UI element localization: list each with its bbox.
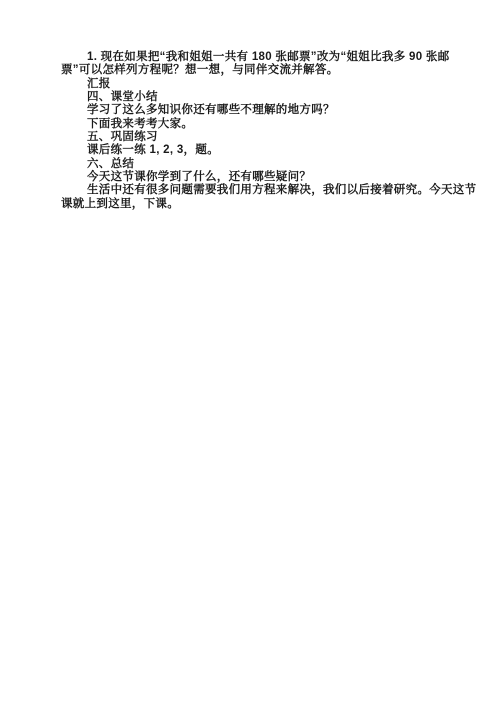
text-line: 学习了这么多知识你还有哪些不理解的地方吗？ <box>61 104 443 117</box>
text-line: 今天这节课你学到了什么，还有哪些疑问？ <box>61 171 443 184</box>
text-line: 五、巩固练习 <box>61 131 443 144</box>
text-line: 四、课堂小结 <box>61 91 443 104</box>
text-line: 生活中还有很多问题需要我们用方程来解决，我们以后接着研究。今天这节 <box>61 184 443 197</box>
text-line: 课后练一练 1, 2, 3，题。 <box>61 144 443 157</box>
text-line: 下面我来考考大家。 <box>61 118 443 131</box>
text-line: 六、总结 <box>61 158 443 171</box>
document-text: 1. 现在如果把“我和姐姐一共有 180 张邮票”改为“姐姐比我多 90 张邮票… <box>61 51 443 211</box>
text-line: 课就上到这里，下课。 <box>61 198 443 211</box>
document-page: 1. 现在如果把“我和姐姐一共有 180 张邮票”改为“姐姐比我多 90 张邮票… <box>0 0 500 707</box>
text-line: 票”可以怎样列方程呢？想一想，与同伴交流并解答。 <box>61 64 443 77</box>
text-line: 1. 现在如果把“我和姐姐一共有 180 张邮票”改为“姐姐比我多 90 张邮 <box>61 51 443 64</box>
text-line: 汇报 <box>61 78 443 91</box>
